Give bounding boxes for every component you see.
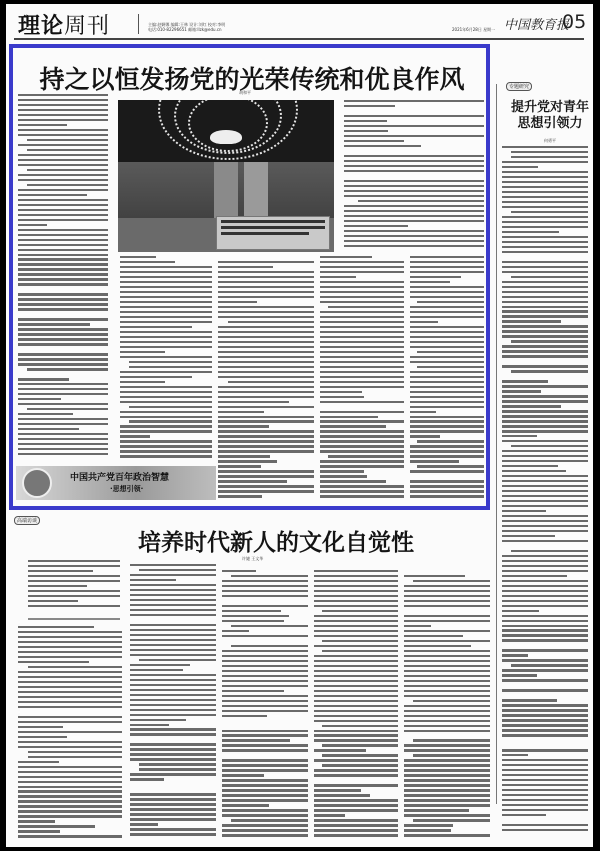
text-line [120,416,212,418]
text-line [314,720,398,722]
text-line [502,615,588,617]
text-line [404,710,490,712]
text-line [231,575,308,577]
text-line [410,396,484,398]
text-line [222,620,284,622]
text-line [28,570,93,572]
text-line [222,784,308,786]
text-line [18,209,108,211]
text-line [502,310,588,312]
text-line [314,734,398,736]
text-line [404,645,471,647]
text-line [404,630,490,632]
text-line [218,341,314,343]
text-line [404,774,490,776]
text-line [18,244,108,246]
text-line [502,799,588,801]
text-line [129,361,212,363]
text-line [314,575,398,577]
text-line [320,271,404,273]
text-line [410,296,484,298]
text-line [222,610,281,612]
text-line [502,585,588,587]
text-line [130,793,216,795]
text-line [314,710,398,712]
text-line [404,759,490,761]
text-line [344,205,484,207]
text-line [502,625,588,627]
text-line [502,744,588,746]
lead-article-photo[interactable] [118,100,334,252]
text-line [18,820,55,822]
lead-article-column [320,256,404,504]
text-line [322,764,398,766]
text-line [404,764,490,766]
text-line [222,744,308,746]
text-line [404,595,490,597]
text-line [314,690,398,692]
text-line [511,151,588,153]
text-line [502,246,588,248]
text-line [320,495,404,497]
text-line [130,733,216,735]
text-line [18,398,61,400]
text-line [410,281,450,283]
text-line [404,585,490,587]
text-line [511,276,588,278]
text-line [502,216,588,218]
text-line [502,620,588,622]
text-line [502,704,588,706]
text-line [502,629,588,631]
text-line [410,346,484,348]
text-line [18,641,122,643]
text-line [130,629,216,631]
text-line [218,366,314,368]
text-line [222,710,308,712]
text-line [222,665,308,667]
text-line [218,420,314,422]
text-line [18,378,69,380]
text-line [18,343,108,345]
text-line [320,460,404,462]
text-line [218,386,314,388]
text-line [502,530,588,532]
text-line [218,376,314,378]
text-line [18,144,108,146]
text-line [28,585,87,587]
text-line [344,105,395,107]
text-line [130,684,216,686]
text-line [222,734,308,736]
text-line [222,715,267,717]
text-line [413,739,490,741]
text-line [130,614,216,616]
text-line [139,569,216,571]
side-article-byline: 何勇平 [544,138,556,144]
second-article-headline[interactable]: 培养时代新人的文化自觉性 [96,524,456,557]
text-line [410,420,484,422]
section-title-bold: 理论 [18,14,64,39]
text-line [18,626,94,628]
text-line [18,383,108,385]
text-line [344,190,484,192]
text-line [404,829,451,831]
text-line [502,186,588,188]
side-article-headline[interactable]: 提升党对青年 思想引领力 [504,100,593,132]
text-line [417,465,484,467]
text-line [344,155,484,157]
text-line [502,281,588,283]
text-line [18,94,108,96]
text-line [314,580,398,582]
text-line [130,564,216,566]
text-line [130,823,158,825]
text-line [502,699,557,701]
text-line [218,356,314,358]
text-line [511,664,588,666]
text-line [502,769,588,771]
text-line [222,635,308,637]
text-line [231,625,308,627]
text-line [139,763,216,765]
text-line [314,739,398,741]
text-line [404,610,490,612]
text-line [18,249,108,251]
text-line [502,684,588,686]
text-line [502,739,588,741]
text-line [320,331,404,333]
text-line [130,654,216,656]
text-line [417,440,484,442]
text-line [18,721,122,723]
text-line [18,795,122,797]
text-line [344,140,404,142]
text-line [18,413,73,415]
text-line [18,761,59,763]
text-line [502,201,588,203]
text-line [410,326,484,328]
text-line [314,804,398,806]
text-line [130,743,216,745]
text-line [502,171,588,173]
text-line [320,386,404,388]
text-line [502,480,588,482]
text-line [222,580,308,582]
text-line [413,819,490,821]
text-line [502,580,588,582]
text-line [502,166,538,168]
text-line [314,829,398,831]
text-line [18,283,108,285]
text-line [18,776,122,778]
text-line [222,650,308,652]
text-line [404,769,490,771]
text-line [18,448,108,450]
text-line [502,575,567,577]
text-line [27,184,108,186]
text-line [502,226,588,228]
second-article-tag: 高端访谈 [14,516,40,525]
text-line [228,381,314,383]
text-line [314,774,398,776]
text-line [322,725,398,727]
text-line [18,636,122,638]
text-line [320,430,404,432]
text-line [320,336,404,338]
lead-article-byline: 胡和平 [239,90,251,96]
text-line [314,630,398,632]
text-line [404,615,490,617]
text-line [320,291,404,293]
text-line [410,475,484,477]
text-line [18,815,122,817]
text-line [410,336,484,338]
text-line [222,630,249,632]
text-line [320,416,378,418]
text-line [222,590,308,592]
text-line [502,221,588,223]
text-line [314,784,398,786]
text-line [28,575,120,577]
text-line [27,408,108,410]
text-line [130,664,190,666]
text-line [314,705,398,707]
text-line [120,256,156,258]
text-line [502,809,588,811]
text-line [502,360,588,362]
series-banner[interactable]: 中国共产党百年政治智慧 ·思想引领· [16,466,216,500]
text-line [328,306,404,308]
text-line [18,671,122,673]
text-line [410,311,484,313]
text-line [328,455,404,457]
issue-date: 2021年6月28日 星期一 [452,27,495,33]
text-line [502,490,588,492]
text-line [130,704,216,706]
text-line [502,729,588,731]
text-line [314,665,398,667]
text-line [130,604,216,606]
text-line [502,724,588,726]
second-article-column [222,570,308,842]
lead-article-column [410,256,484,504]
text-line [410,470,484,472]
text-line [18,114,108,116]
text-line [314,590,398,592]
text-line [320,276,356,278]
text-line [218,455,270,457]
text-line [314,625,398,627]
text-line [129,420,212,422]
text-line [320,301,404,303]
text-line [502,420,588,422]
text-line [18,104,108,106]
text-line [130,773,216,775]
text-line [502,759,588,761]
text-line [404,789,490,791]
text-line [18,99,108,101]
text-line [222,774,264,776]
text-line [410,306,484,308]
text-line [320,361,404,363]
text-line [404,590,490,592]
text-line [320,281,404,283]
text-line [18,348,108,350]
text-line [314,645,398,647]
text-line [18,631,122,633]
text-line [502,435,537,437]
lead-article-column [120,256,212,462]
text-line [130,788,216,790]
text-line [314,675,398,677]
text-line [218,371,314,373]
text-line [404,670,490,672]
text-line [120,440,212,442]
text-line [314,660,398,662]
text-line [502,520,588,522]
text-line [404,749,490,751]
text-line [218,445,314,447]
text-line [344,240,484,242]
text-line [218,450,314,452]
text-line [320,445,404,447]
text-line [27,368,108,370]
text-line [120,341,212,343]
text-line [344,100,484,102]
column-divider [496,84,497,804]
text-line [344,110,484,112]
text-line [18,194,87,196]
text-line [18,333,108,335]
text-line [130,689,216,691]
text-line [222,680,308,682]
text-line [502,610,539,612]
text-line [218,401,289,403]
text-line [404,784,490,786]
text-line [410,425,484,427]
text-line [130,798,216,800]
text-line [120,401,212,403]
text-line [344,230,484,232]
text-line [502,510,546,512]
text-line [502,719,588,721]
text-line [120,351,165,353]
text-line [18,358,108,360]
text-line [502,689,588,691]
text-line [410,480,484,482]
text-line [218,266,273,268]
text-line [502,515,588,517]
text-line [120,326,192,328]
text-line [344,215,484,217]
text-line [120,271,212,273]
text-line [410,266,484,268]
text-line [130,669,183,671]
text-line [314,730,398,732]
text-line [502,450,588,452]
text-line [222,600,308,602]
text-line [28,605,120,607]
text-line [18,716,122,718]
text-line [404,655,490,657]
text-line [320,376,404,378]
text-line [404,814,490,816]
text-line [18,154,108,156]
text-line [218,276,314,278]
text-line [502,814,546,816]
text-line [502,355,588,357]
text-line [320,261,404,263]
text-line [320,326,404,328]
text-line [18,711,122,713]
text-line [18,731,122,733]
text-line [502,669,588,671]
text-line [18,423,108,425]
text-line [404,650,490,652]
text-line [314,595,398,597]
text-line [502,565,588,567]
text-line [320,465,404,467]
text-line [410,376,484,378]
text-line [344,225,408,227]
text-line [320,485,404,487]
text-line [314,759,398,761]
text-line [222,779,308,781]
text-line [410,261,484,263]
text-line [314,655,398,657]
text-line [130,808,216,810]
text-line [404,600,490,602]
text-line [28,580,120,582]
text-line [502,345,588,347]
text-line [18,298,108,300]
text-line [413,580,490,582]
text-line [222,640,308,642]
text-line [502,590,588,592]
page-number: 05 [562,11,586,33]
text-line [410,331,484,333]
text-line [120,356,212,358]
lead-article-headline[interactable]: 持之以恒发扬党的光荣传统和优良作风 [16,60,488,96]
text-line [218,460,277,462]
text-line [218,470,314,472]
text-line [231,645,308,647]
text-line [404,834,490,836]
text-line [218,301,257,303]
text-line [18,199,108,201]
text-line [130,709,216,711]
text-line [18,686,122,688]
text-line [18,661,89,663]
text-line [120,346,212,348]
text-line [502,191,588,193]
second-article-column [130,564,216,842]
text-line [18,656,122,658]
text-line [410,361,484,363]
text-line [120,291,212,293]
text-line [120,435,150,437]
second-article-column [404,570,490,842]
text-line [404,575,465,577]
text-line [502,560,588,562]
text-line [320,401,404,403]
text-line [130,574,216,576]
text-line [222,759,308,761]
text-line [320,396,364,398]
text-line [130,624,216,626]
text-line [404,725,490,727]
